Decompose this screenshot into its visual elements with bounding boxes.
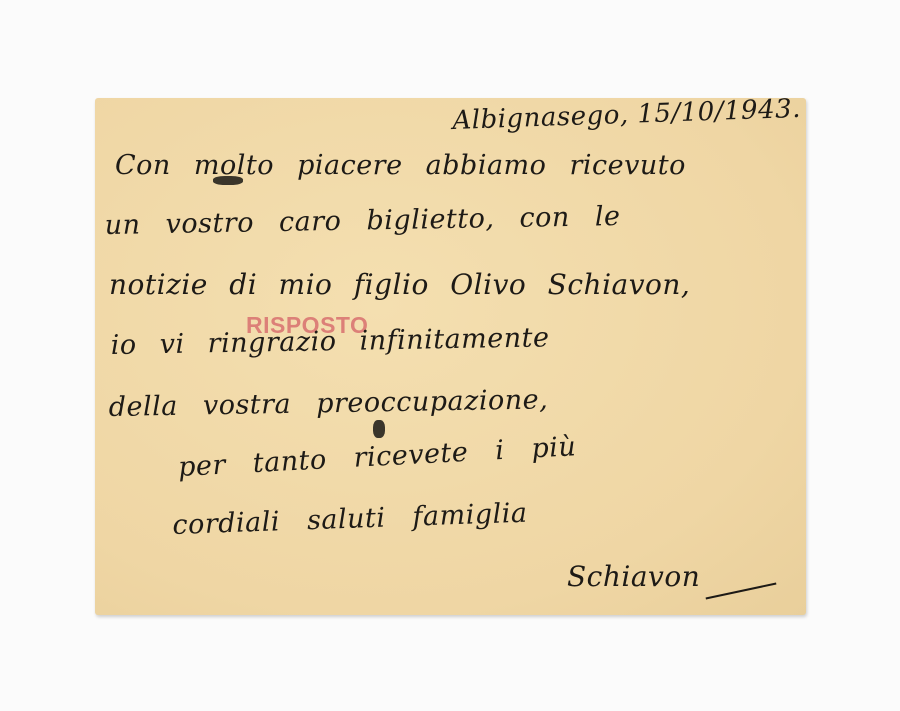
- ink-smudge: [213, 176, 243, 185]
- signature: Schiavon: [567, 560, 700, 593]
- signature-flourish: [706, 583, 777, 600]
- letter-line-5: della vostra preoccupazione,: [108, 384, 548, 423]
- letter-line-1: Con molto piacere abbiamo ricevuto: [115, 150, 686, 181]
- letter-line-2: un vostro caro biglietto, con le: [104, 201, 620, 241]
- date-header: Albignasego, 15/10/1943.: [452, 94, 801, 136]
- postcard: Albignasego, 15/10/1943. Con molto piace…: [95, 98, 806, 615]
- letter-line-3: notizie di mio figlio Olivo Schiavon,: [109, 268, 690, 301]
- letter-line-4: io vi ringrazio infinitamente: [110, 322, 549, 361]
- ink-smudge-2: [373, 420, 385, 438]
- letter-line-6: per tanto ricevete i più: [177, 431, 577, 483]
- letter-line-7: cordiali saluti famiglia: [172, 498, 528, 541]
